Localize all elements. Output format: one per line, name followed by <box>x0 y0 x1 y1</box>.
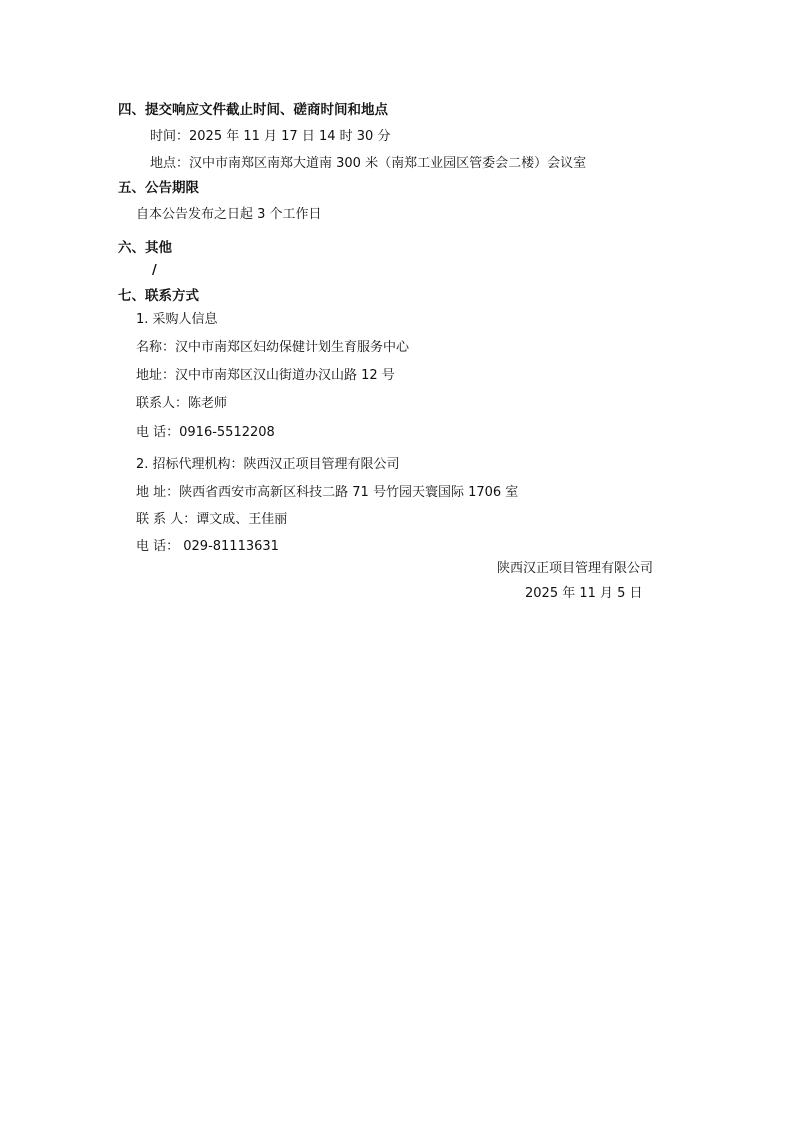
section-5-heading: 五、公告期限 <box>118 180 199 196</box>
section-6-heading: 六、其他 <box>118 240 172 256</box>
agency-phone: 电 话： 029-81113631 <box>136 539 279 555</box>
agency-address: 地 址：陕西省西安市高新区科技二路 71 号竹园天寰国际 1706 室 <box>136 485 518 501</box>
purchaser-phone: 电 话：0916-5512208 <box>136 425 275 441</box>
section-7-heading: 七、联系方式 <box>118 288 199 304</box>
section-4-heading: 四、提交响应文件截止时间、磋商时间和地点 <box>118 102 388 118</box>
agency-contact: 联 系 人：谭文成、王佳丽 <box>136 512 287 528</box>
consultation-place: 地点：汉中市南郑区南郑大道南 300 米（南郑工业园区管委会二楼）会议室 <box>150 156 586 172</box>
purchaser-contact: 联系人：陈老师 <box>136 396 227 412</box>
signature-date: 2025 年 11 月 5 日 <box>525 586 643 602</box>
purchaser-name: 名称：汉中市南郑区妇幼保健计划生育服务中心 <box>136 340 409 356</box>
purchaser-address: 地址：汉中市南郑区汉山街道办汉山路 12 号 <box>136 368 395 384</box>
consultation-time: 时间：2025 年 11 月 17 日 14 时 30 分 <box>150 129 390 145</box>
notice-period-text: 自本公告发布之日起 3 个工作日 <box>136 207 322 223</box>
purchaser-title: 1. 采购人信息 <box>136 312 218 328</box>
signature-company: 陕西汉正项目管理有限公司 <box>497 561 653 577</box>
agency-title: 2. 招标代理机构：陕西汉正项目管理有限公司 <box>136 457 400 473</box>
other-text: / <box>152 263 157 279</box>
